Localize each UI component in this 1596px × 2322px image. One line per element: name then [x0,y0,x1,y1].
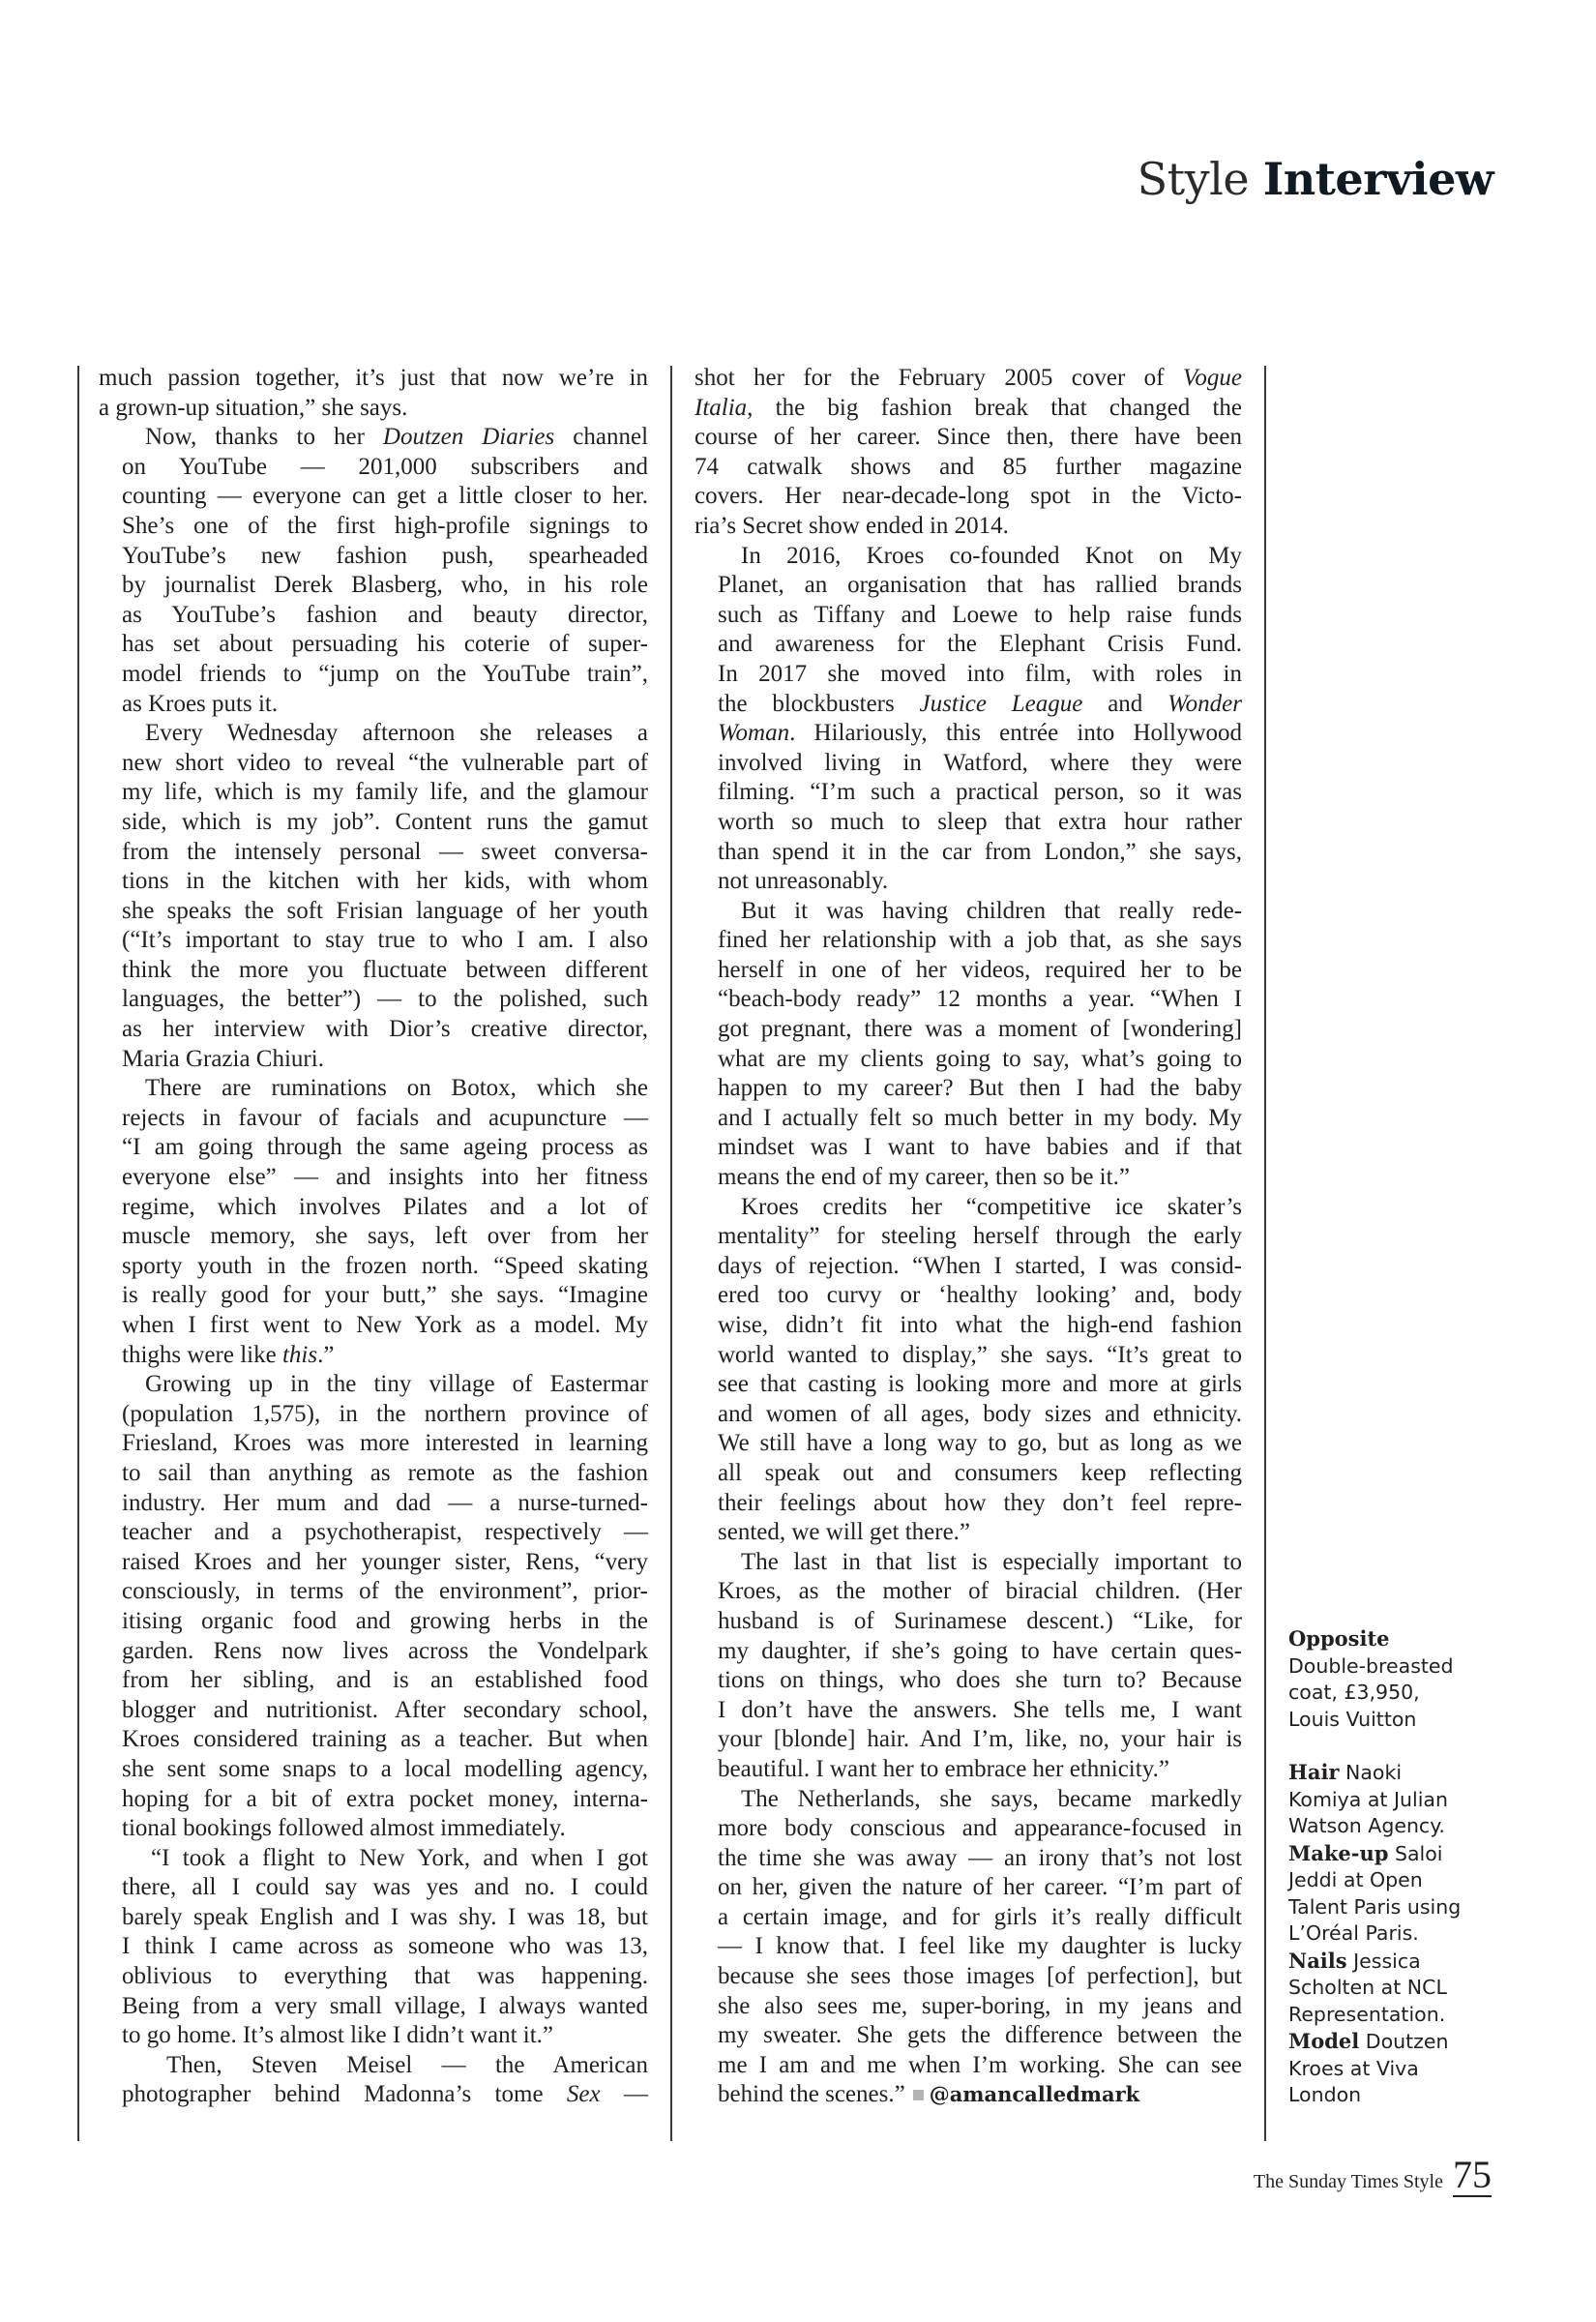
text-line: (population 1,575), in the northern prov… [99,1400,648,1430]
text-line: Friesland, Kroes was more interested in … [99,1429,648,1459]
paragraph: shot her for the February 2005 cover of … [695,364,1242,542]
text-line: by journalist Derek Blasberg, who, in hi… [99,571,648,601]
text-line: your [blonde] hair. And I’m, like, no, y… [695,1725,1242,1755]
text-line: She’s one of the first high-profile sign… [99,512,648,542]
text-line: consciously, in terms of the environment… [99,1577,648,1607]
text-line: she speaks the soft Frisian language of … [99,897,648,927]
text-line: she also sees me, super-boring, in my je… [695,1992,1242,2022]
credit-text: Saloi [1388,1842,1442,1865]
text-line: In 2016, Kroes co-founded Knot on My [695,542,1242,572]
credit-label: Opposite [1288,1626,1390,1651]
text-line: thighs were like this.” [99,1341,648,1371]
section-header: Style Interview [1138,157,1493,201]
article-column-1: much passion together, it’s just that no… [99,364,648,2110]
author-handle[interactable]: @amancalledmark [930,2082,1140,2106]
text-line: 74 catwalk shows and 85 further magazine [695,453,1242,483]
text-line: as Kroes puts it. [99,690,648,720]
column-rule-right [1264,366,1266,2141]
column-rule-left [77,366,79,2141]
text-line: “I took a flight to New York, and when I… [99,1844,648,1874]
text-line: Kroes, as the mother of biracial childre… [695,1577,1242,1607]
text-line: shot her for the February 2005 cover of … [695,364,1242,394]
text-line: model friends to “jump on the YouTube tr… [99,660,648,690]
credit-text: Louis Vuitton [1288,1708,1416,1731]
text-line: industry. Her mum and dad — a nurse-turn… [99,1489,648,1519]
credit-text: Double-breasted [1288,1654,1454,1678]
paragraph: The Netherlands, she says, became marked… [695,1785,1242,2111]
text-line: hoping for a bit of extra pocket money, … [99,1785,648,1815]
text-line: side, which is my job”. Content runs the… [99,808,648,838]
credit-text: London [1288,2083,1361,2106]
text-line: everyone else” — and insights into her f… [99,1163,648,1193]
text-line: all speak out and consumers keep reflect… [695,1459,1242,1489]
text-line: a grown-up situation,” she says. [99,394,648,424]
text-line: “beach-body ready” 12 months a year. “Wh… [695,985,1242,1015]
credit-text: Komiya at Julian [1288,1788,1448,1811]
text-line: to go home. It’s almost like I didn’t wa… [99,2021,648,2051]
text-line: mindset was I want to have babies and if… [695,1133,1242,1163]
paragraph: Every Wednesday afternoon she releases a… [99,719,648,1074]
text-line: beautiful. I want her to embrace her eth… [695,1755,1242,1785]
text-line: regime, which involves Pilates and a lot… [99,1193,648,1223]
section-label-interview: Interview [1263,153,1493,205]
text-line: Kroes considered training as a teacher. … [99,1725,648,1755]
section-label-style: Style [1138,153,1249,205]
text-line: course of her career. Since then, there … [695,423,1242,453]
text-line: photographer behind Madonna’s tome Sex — [99,2080,648,2110]
text-line: wise, didn’t fit into what the high-end … [695,1311,1242,1341]
text-line: a certain image, and for girls it’s real… [695,1903,1242,1933]
text-line: worth so much to sleep that extra hour r… [695,808,1242,838]
credit-text: Kroes at Viva [1288,2057,1419,2080]
text-line: as YouTube’s fashion and beauty director… [99,601,648,631]
text-line: from her sibling, and is an established … [99,1666,648,1696]
text-line: such as Tiffany and Loewe to help raise … [695,601,1242,631]
text-line: what are my clients going to say, what’s… [695,1045,1242,1075]
text-line: Then, Steven Meisel — the American [99,2051,648,2081]
text-line: much passion together, it’s just that no… [99,364,648,394]
text-line: to sail than anything as remote as the f… [99,1459,648,1489]
text-line: on YouTube — 201,000 subscribers and [99,453,648,483]
text-line: new short video to reveal “the vulnerabl… [99,749,648,779]
text-line: raised Kroes and her younger sister, Ren… [99,1548,648,1578]
text-line: But it was having children that really r… [695,897,1242,927]
publication-name: The Sunday Times Style [1254,2171,1443,2193]
text-line: Woman. Hilariously, this entrée into Hol… [695,719,1242,749]
text-line: In 2017 she moved into film, with roles … [695,660,1242,690]
text-line: teacher and a psychotherapist, respectiv… [99,1518,648,1548]
text-line: Planet, an organisation that has rallied… [695,571,1242,601]
text-line: as her interview with Dior’s creative di… [99,1015,648,1045]
text-line: and I actually felt so much better in my… [695,1104,1242,1134]
text-line: happen to my career? But then I had the … [695,1074,1242,1104]
text-line: and awareness for the Elephant Crisis Fu… [695,630,1242,660]
credit-label: Nails [1288,1949,1347,1973]
text-line: tional bookings followed almost immediat… [99,1814,648,1844]
credit-label: Make-up [1288,1841,1388,1865]
credit-text: Scholten at NCL [1288,1976,1447,1999]
text-line: the time she was away — an irony that’s … [695,1844,1242,1874]
text-line: the blockbusters Justice League and Wond… [695,690,1242,720]
text-line: Maria Grazia Chiuri. [99,1045,648,1075]
credit-opposite: Opposite Double-breasted coat, £3,950, L… [1288,1625,1492,1733]
text-line: days of rejection. “When I started, I wa… [695,1252,1242,1282]
column-rule-middle [670,366,672,2141]
credit-text: coat, £3,950, [1288,1681,1420,1704]
text-line: “I am going through the same ageing proc… [99,1133,648,1163]
text-line: their feelings about how they don’t feel… [695,1489,1242,1519]
text-line: sented, we will get there.” [695,1518,1242,1548]
text-line: ria’s Secret show ended in 2014. [695,512,1242,542]
text-line: muscle memory, she says, left over from … [99,1222,648,1252]
text-line: itising organic food and growing herbs i… [99,1607,648,1637]
text-line: The Netherlands, she says, became marked… [695,1785,1242,1815]
credit-text: Doutzen [1359,2030,1448,2053]
text-line: my life, which is my family life, and th… [99,778,648,808]
text-line: There are ruminations on Botox, which sh… [99,1074,648,1104]
paragraph: Kroes credits her “competitive ice skate… [695,1193,1242,1548]
text-line: she sent some snaps to a local modelling… [99,1755,648,1785]
text-line: (“It’s important to stay true to who I a… [99,926,648,956]
text-line: my sweater. She gets the difference betw… [695,2021,1242,2051]
text-line: YouTube’s new fashion push, spearheaded [99,542,648,572]
text-line: Being from a very small village, I alway… [99,1992,648,2022]
credit-text: Watson Agency. [1288,1814,1445,1837]
text-line: blogger and nutritionist. After secondar… [99,1696,648,1726]
text-line: me I am and me when I’m working. She can… [695,2051,1242,2081]
paragraph: The last in that list is especially impo… [695,1548,1242,1785]
page-number: 75 [1453,2156,1492,2197]
credit-hair: Hair Naoki Komiya at Julian Watson Agenc… [1288,1759,1492,1840]
sign-off-line: behind the scenes.”@amancalledmark [695,2080,1242,2110]
text-line: Growing up in the tiny village of Easter… [99,1370,648,1400]
text-line: herself in one of her videos, required h… [695,956,1242,986]
text-line: more body conscious and appearance-focus… [695,1814,1242,1844]
text-line: because she sees those images [of perfec… [695,1962,1242,1992]
text-line: on her, given the nature of her career. … [695,1873,1242,1903]
text-line: than spend it in the car from London,” s… [695,838,1242,868]
text-line: there, all I could say was yes and no. I… [99,1873,648,1903]
text-line: counting — everyone can get a little clo… [99,482,648,512]
text-line: world wanted to display,” she says. “It’… [695,1341,1242,1371]
text-line: rejects in favour of facials and acupunc… [99,1104,648,1134]
paragraph: much passion together, it’s just that no… [99,364,648,423]
credit-label: Hair [1288,1760,1340,1784]
text-line: mentality” for steeling herself through … [695,1222,1242,1252]
text-line: Every Wednesday afternoon she releases a [99,719,648,749]
credit-makeup: Make-up Saloi Jeddi at Open Talent Paris… [1288,1840,1492,1948]
text-line: Now, thanks to her Doutzen Diaries chann… [99,423,648,453]
text-line: husband is of Surinamese descent.) “Like… [695,1607,1242,1637]
text-line: languages, the better”) — to the polishe… [99,985,648,1015]
text-line: The last in that list is especially impo… [695,1548,1242,1578]
credit-text: Talent Paris using [1288,1895,1461,1919]
page-footer: The Sunday Times Style 75 [1254,2156,1492,2197]
text-line: see that casting is looking more and mor… [695,1370,1242,1400]
text-line: oblivious to everything that was happeni… [99,1962,648,1992]
text-line: fined her relationship with a job that, … [695,926,1242,956]
end-mark-icon [913,2090,924,2100]
credit-text: Naoki [1340,1761,1403,1784]
text-line: covers. Her near-decade-long spot in the… [695,482,1242,512]
spacer [1288,1733,1492,1759]
credit-text: Jeddi at Open [1288,1868,1423,1891]
text-line: when I first went to New York as a model… [99,1311,648,1341]
paragraph: In 2016, Kroes co-founded Knot on My Pla… [695,542,1242,897]
credit-label: Model [1288,2029,1359,2053]
credit-text: Representation. [1288,2003,1445,2026]
article-column-2: shot her for the February 2005 cover of … [695,364,1242,2110]
text-line: from the intensely personal — sweet conv… [99,838,648,868]
credit-text: L’Oréal Paris. [1288,1921,1419,1945]
channel-name: Doutzen Diaries [383,424,554,450]
text-line: filming. “I’m such a practical person, s… [695,778,1242,808]
text-line: — I know that. I feel like my daughter i… [695,1932,1242,1962]
text-line: not unreasonably. [695,867,1242,897]
paragraph: “I took a flight to New York, and when I… [99,1844,648,2051]
text-line: has set about persuading his coterie of … [99,630,648,660]
text-line: Italia, the big fashion break that chang… [695,394,1242,424]
text-line: ered too curvy or ‘healthy looking’ and,… [695,1281,1242,1311]
text-line: barely speak English and I was shy. I wa… [99,1903,648,1933]
paragraph: Then, Steven Meisel — the American photo… [99,2051,648,2110]
text-line: is really good for your butt,” she says.… [99,1281,648,1311]
text-line: sporty youth in the frozen north. “Speed… [99,1252,648,1282]
text-line: got pregnant, there was a moment of [won… [695,1015,1242,1045]
text-line: tions in the kitchen with her kids, with… [99,867,648,897]
credit-text: Jessica [1347,1950,1421,1973]
text-line: involved living in Watford, where they w… [695,749,1242,779]
text-line: I don’t have the answers. She tells me, … [695,1696,1242,1726]
text-line: and women of all ages, body sizes and et… [695,1400,1242,1430]
photo-credits: Opposite Double-breasted coat, £3,950, L… [1288,1625,1492,2109]
credit-nails: Nails Jessica Scholten at NCL Representa… [1288,1948,1492,2029]
paragraph: Now, thanks to her Doutzen Diaries chann… [99,423,648,719]
credit-model: Model Doutzen Kroes at Viva London [1288,2028,1492,2109]
text-line: tions on things, who does she turn to? B… [695,1666,1242,1696]
text-line: We still have a long way to go, but as l… [695,1429,1242,1459]
text-line: think the more you fluctuate between dif… [99,956,648,986]
paragraph: There are ruminations on Botox, which sh… [99,1074,648,1370]
text-line: I think I came across as someone who was… [99,1932,648,1962]
paragraph: Growing up in the tiny village of Easter… [99,1370,648,1844]
text-line: means the end of my career, then so be i… [695,1163,1242,1193]
text-line: Kroes credits her “competitive ice skate… [695,1193,1242,1223]
paragraph: But it was having children that really r… [695,897,1242,1193]
text-line: garden. Rens now lives across the Vondel… [99,1637,648,1667]
text-line: my daughter, if she’s going to have cert… [695,1637,1242,1667]
